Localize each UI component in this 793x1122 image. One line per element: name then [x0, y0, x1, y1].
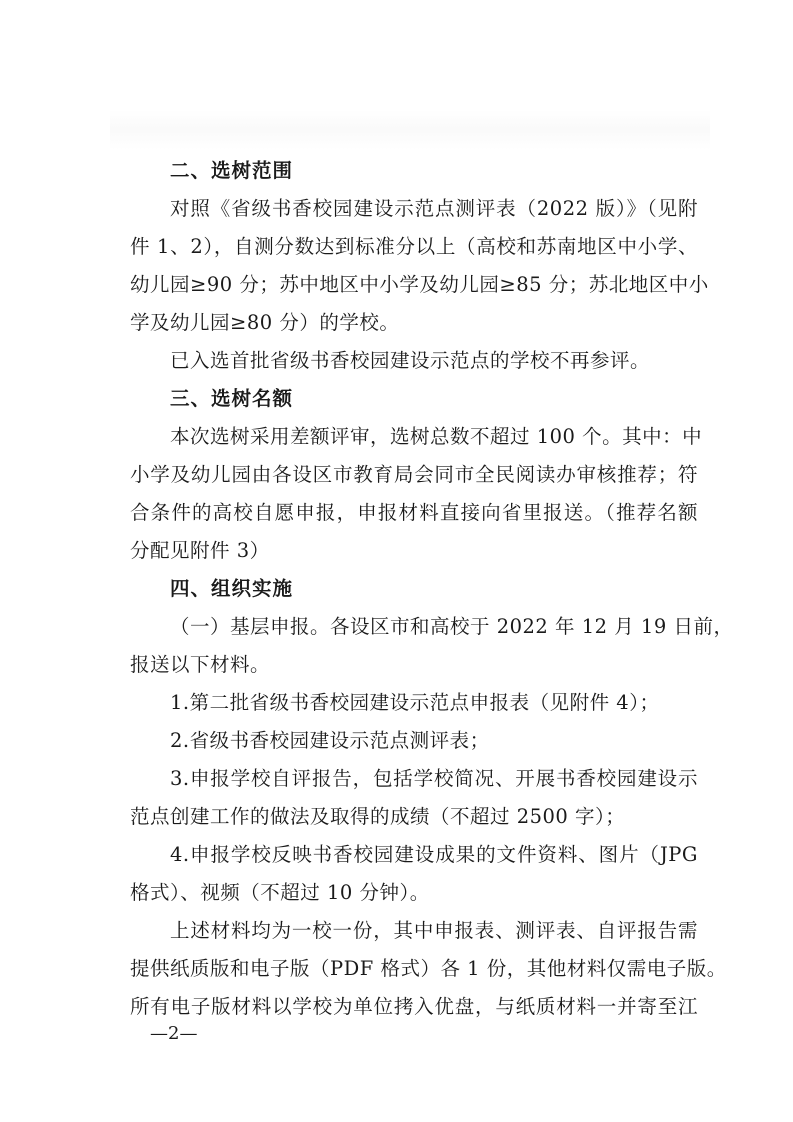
paragraph-line: （一）基层申报。各设区市和高校于 2022 年 12 月 19 日前， — [170, 614, 698, 640]
paragraph-line: 对照《省级书香校园建设示范点测评表（2022 版）》（见附 — [170, 196, 698, 222]
paragraph-line: 上述材料均为一校一份，其中申报表、测评表、自评报告需 — [170, 918, 698, 944]
page-number: —2— — [150, 1023, 197, 1044]
paragraph-line: 学及幼儿园≥80 分）的学校。 — [130, 310, 698, 336]
paragraph-line: 件 1、2），自测分数达到标准分以上（高校和苏南地区中小学、 — [130, 234, 698, 260]
section-heading-implementation: 四、组织实施 — [170, 576, 698, 602]
section-heading-quota: 三、选树名额 — [170, 386, 698, 412]
list-item-4-cont: 格式）、视频（不超过 10 分钟）。 — [130, 880, 698, 906]
paragraph-line: 本次选树采用差额评审，选树总数不超过 100 个。其中：中 — [170, 424, 698, 450]
paragraph-line: 合条件的高校自愿申报，申报材料直接向省里报送。（推荐名额 — [130, 500, 698, 526]
list-item-4: 4.申报学校反映书香校园建设成果的文件资料、图片（JPG — [170, 842, 698, 868]
list-item-1: 1.第二批省级书香校园建设示范点申报表（见附件 4）； — [170, 690, 698, 716]
paragraph-line: 幼儿园≥90 分；苏中地区中小学及幼儿园≥85 分；苏北地区中小 — [130, 272, 698, 298]
paragraph-line: 分配见附件 3） — [130, 538, 698, 564]
scan-artifact — [110, 110, 710, 150]
document-page: 二、选树范围 对照《省级书香校园建设示范点测评表（2022 版）》（见附 件 1… — [0, 0, 793, 1122]
paragraph-line: 提供纸质版和电子版（PDF 格式）各 1 份，其他材料仅需电子版。 — [130, 956, 698, 982]
paragraph-line: 所有电子版材料以学校为单位拷入优盘，与纸质材料一并寄至江 — [130, 994, 698, 1020]
list-item-3: 3.申报学校自评报告，包括学校简况、开展书香校园建设示 — [170, 766, 698, 792]
paragraph-line: 报送以下材料。 — [130, 652, 698, 678]
paragraph-line: 小学及幼儿园由各设区市教育局会同市全民阅读办审核推荐；符 — [130, 462, 698, 488]
paragraph-line: 已入选首批省级书香校园建设示范点的学校不再参评。 — [170, 348, 698, 374]
section-heading-scope: 二、选树范围 — [170, 158, 698, 184]
list-item-2: 2.省级书香校园建设示范点测评表； — [170, 728, 698, 754]
list-item-3-cont: 范点创建工作的做法及取得的成绩（不超过 2500 字）； — [130, 804, 698, 830]
